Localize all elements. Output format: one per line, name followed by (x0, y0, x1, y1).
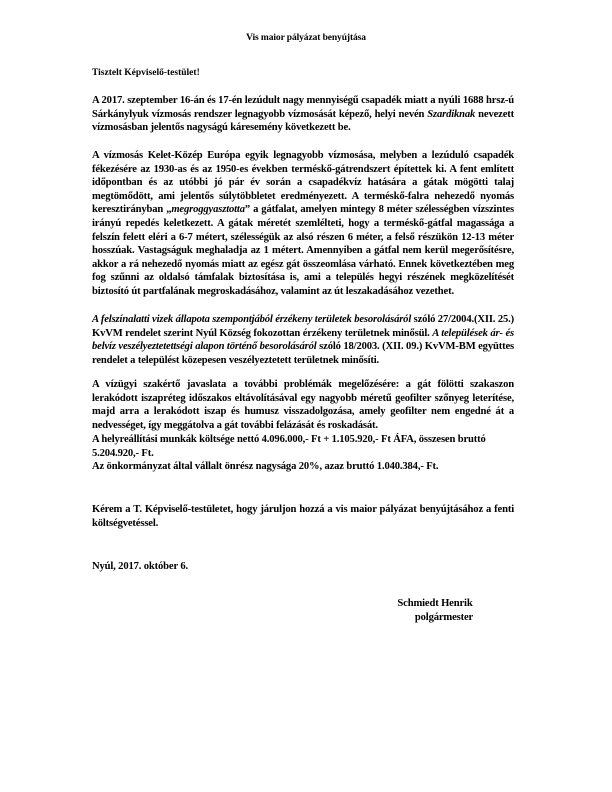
regulation-title-italic: A felszínalatti vizek állapota szempontj… (92, 314, 411, 325)
signatory-role: polgármester (390, 611, 480, 625)
document-page: Vis maior pályázat benyújtása Tisztelt K… (0, 0, 612, 792)
cost-total-line: A helyreállítási munkák költsége nettó 4… (92, 433, 514, 460)
paragraph-regulations: A felszínalatti vizek állapota szempontj… (92, 313, 514, 367)
paragraph-request: Kérem a T. Képviselő-testületet, hogy já… (92, 503, 514, 530)
paragraph-description: A vízmosás Kelet-Közép Európa egyik legn… (92, 149, 514, 299)
place-name-italic: Szardiknak (427, 109, 475, 120)
date-line: Nyúl, 2017. október 6. (92, 561, 188, 572)
paragraph-expert-proposal: A vízügyi szakértő javaslata a további p… (92, 378, 514, 432)
paragraph-text: ” a gátfalat, amelyen mintegy 8 méter sz… (92, 204, 514, 297)
paragraph-costs: A helyreállítási munkák költsége nettó 4… (92, 433, 514, 474)
document-title: Vis maior pályázat benyújtása (0, 33, 612, 43)
cost-own-share-line: Az önkormányzat által vállalt önrész nag… (92, 460, 514, 474)
quoted-italic: megroggyasztotta (171, 204, 245, 215)
paragraph-incident: A 2017. szeptember 16-án és 17-én lezúdu… (92, 94, 514, 135)
salutation: Tisztelt Képviselő-testület! (92, 68, 200, 78)
signature-block: Schmiedt Henrik polgármester (390, 597, 480, 624)
signatory-name: Schmiedt Henrik (397, 598, 472, 609)
